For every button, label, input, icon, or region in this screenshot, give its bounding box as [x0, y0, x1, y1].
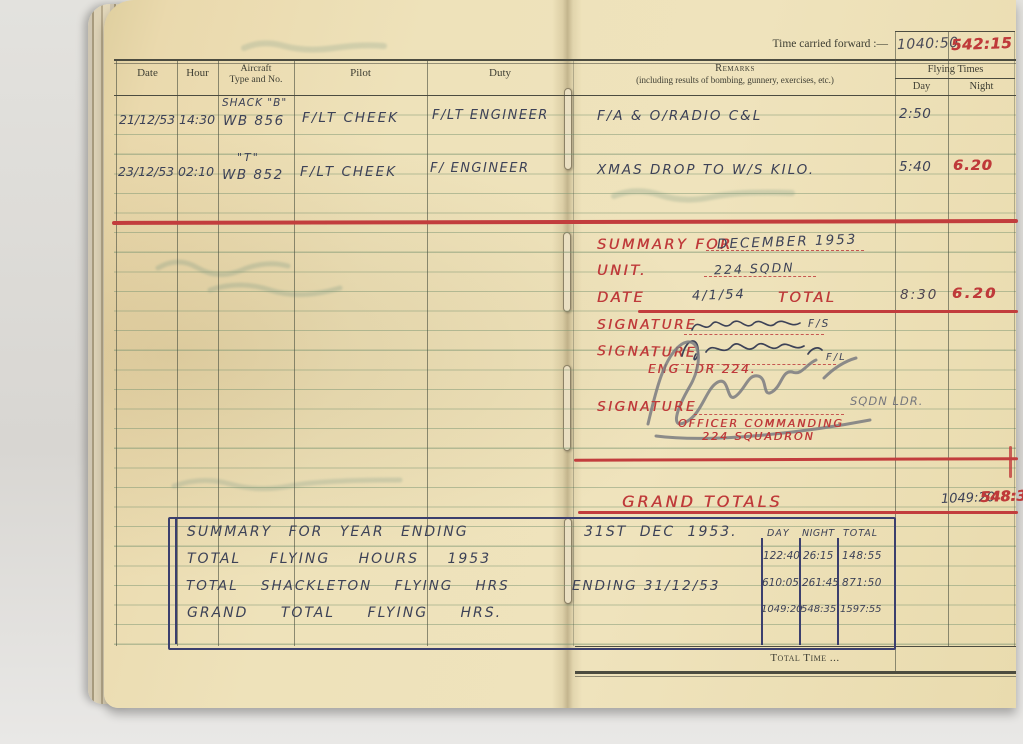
year-line3: TOTAL SHACKLETON FLYING HRS [186, 578, 510, 594]
summary-total-night: 6.20 [952, 286, 998, 302]
grand-totals-night: 548:35 [980, 488, 1023, 506]
row-aircraft-no: WB 856 [223, 113, 285, 129]
header-night: Night [948, 81, 1015, 92]
row-remarks: F/A & O/RADIO C&L [597, 108, 762, 124]
header-duty: Duty [427, 67, 573, 79]
signature-dash-line [694, 400, 844, 415]
row-day-time: 5:40 [899, 159, 931, 175]
mini-cell: 1049:20 [761, 604, 803, 615]
summary-total-label: TOTAL [778, 290, 836, 306]
ink-bleed-mark [240, 36, 390, 58]
red-edge-mark [1009, 446, 1012, 478]
mini-cell: 610:05 [762, 577, 799, 589]
summary-dash-line [704, 262, 816, 277]
carried-forward-label: Time carried forward :— [728, 38, 888, 50]
carried-forward-box-top [895, 31, 1015, 32]
summary-dash-line [706, 236, 864, 251]
row-aircraft-no: WB 852 [222, 167, 284, 183]
row-duty: F/LT ENGINEER [432, 108, 549, 123]
summary-date-label: DATE [597, 290, 645, 306]
row-pilot: F/LT CHEEK [302, 110, 399, 126]
header-aircraft-line1: Aircraft [218, 63, 294, 74]
scanned-logbook: Time carried forward :— 1040:50 542:15 D… [0, 0, 1023, 744]
summary-date-value: 4/1/54 [692, 287, 746, 304]
total-time-label: Total Time ... [740, 652, 870, 664]
column-divider [948, 31, 949, 646]
signature-role-line2: 224 SQUADRON [702, 430, 815, 443]
year-line2: TOTAL FLYING HOURS 1953 [187, 551, 491, 567]
mini-header-day: DAY [767, 528, 790, 539]
signature-role-line1: OFFICER COMMANDING [678, 417, 844, 430]
row-duty: F/ ENGINEER [430, 161, 530, 176]
mini-cell: 548:35 [801, 604, 836, 615]
header-date: Date [118, 67, 177, 79]
mini-cell: 871:50 [842, 577, 882, 589]
footer-thick-rule [575, 676, 1016, 677]
signature-label: SIGNATURE [597, 399, 697, 415]
row-remarks: XMAS DROP TO W/S KILO. [597, 162, 815, 178]
carried-forward-night: 542:15 [951, 34, 1013, 54]
footer-thick-rule [575, 671, 1016, 674]
flying-times-subrule [895, 78, 1015, 79]
signature-rank: SQDN LDR. [850, 394, 923, 408]
mini-header-night: NIGHT [802, 528, 835, 539]
row-aircraft-type: SHACK "B" [222, 97, 287, 109]
header-flying-times: Flying Times [895, 64, 1016, 75]
mini-cell: 1597:55 [840, 604, 882, 615]
row-day-time: 2:50 [899, 106, 931, 122]
header-pilot: Pilot [294, 67, 427, 79]
row-date: 23/12/53 [118, 164, 174, 179]
header-aircraft-line2: Type and No. [218, 74, 294, 85]
column-divider [116, 60, 117, 646]
year-summary-box-inner-edge [175, 519, 177, 644]
mini-table-divider [837, 538, 839, 645]
row-hour: 02:10 [178, 164, 214, 179]
row-night-time: 6.20 [953, 158, 993, 174]
mini-cell: 26:15 [803, 550, 833, 562]
row-pilot: F/LT CHEEK [300, 164, 397, 180]
header-hour: Hour [177, 67, 218, 79]
grand-totals-label: GRAND TOTALS [622, 492, 783, 511]
carried-forward-day: 1040:50 [897, 35, 959, 53]
mini-cell: 148:55 [842, 550, 882, 562]
row-aircraft-type: "T" [237, 151, 260, 164]
mini-cell: 261:45 [802, 577, 839, 589]
summary-unit-label: UNIT. [597, 263, 647, 279]
year-line4: GRAND TOTAL FLYING HRS. [187, 605, 502, 621]
row-hour: 14:30 [179, 112, 215, 127]
row-date: 21/12/53 [119, 112, 175, 127]
summary-total-day: 8:30 [900, 287, 938, 303]
mini-cell: 122:40 [763, 550, 800, 562]
year-line1: SUMMARY FOR YEAR ENDING [187, 524, 469, 540]
header-remarks-line1: Remarks [575, 63, 895, 74]
red-grand-underline [578, 511, 1018, 514]
year-line1-right: 31ST DEC 1953. [584, 524, 738, 540]
header-bottom-rule [114, 95, 1016, 96]
header-remarks-line2: (including results of bombing, gunnery, … [575, 75, 895, 85]
red-total-underline [638, 310, 1018, 313]
header-top-rule [114, 59, 1016, 61]
year-line3-right: ENDING 31/12/53 [572, 578, 721, 594]
signature-label: SIGNATURE [597, 317, 697, 333]
header-day: Day [895, 81, 948, 92]
mini-header-total: TOTAL [843, 528, 878, 539]
column-divider [1014, 31, 1015, 646]
